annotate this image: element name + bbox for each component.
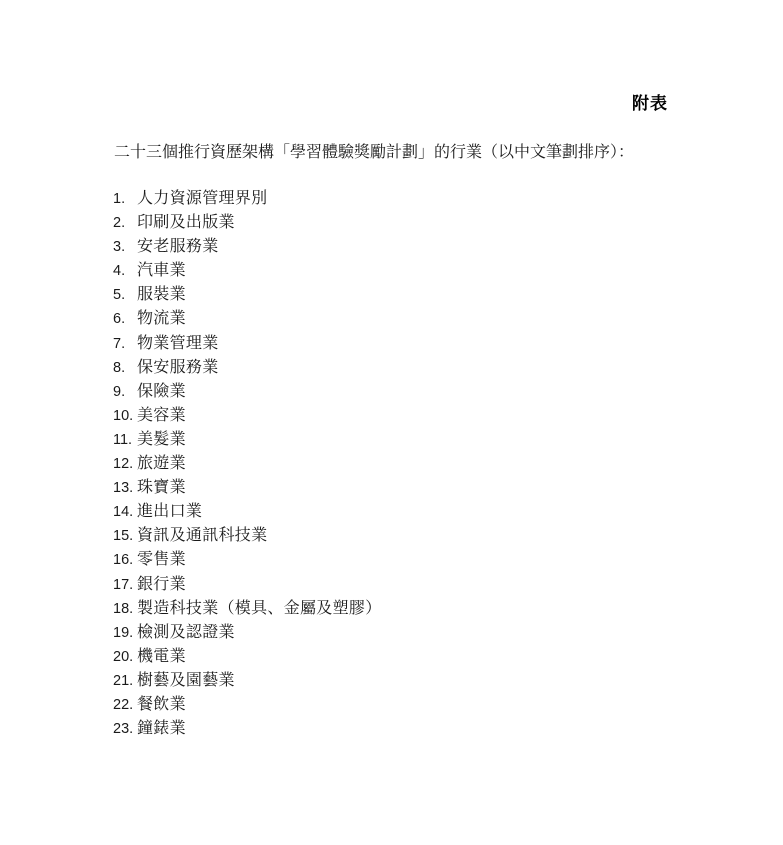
list-item-number: 7. [113,332,137,356]
list-item-number: 4. [113,259,137,283]
list-item: 13. 珠寶業 [113,476,382,500]
list-item-text: 服裝業 [137,283,186,307]
list-item: 19. 檢測及認證業 [113,621,382,645]
list-item: 6. 物流業 [113,307,382,331]
list-item-text: 保險業 [137,380,186,404]
list-item-number: 11. [113,428,137,452]
industry-list: 1. 人力資源管理界別 2. 印刷及出版業 3. 安老服務業 4. 汽車業 5.… [113,187,382,741]
list-item: 16. 零售業 [113,548,382,572]
list-item-text: 旅遊業 [137,452,186,476]
list-item: 21. 樹藝及園藝業 [113,669,382,693]
list-item-text: 人力資源管理界別 [137,187,267,211]
list-item-text: 珠寶業 [137,476,186,500]
list-item-text: 汽車業 [137,259,186,283]
list-item: 23. 鐘錶業 [113,717,382,741]
list-item: 18. 製造科技業（模具、金屬及塑膠） [113,597,382,621]
list-item: 10. 美容業 [113,404,382,428]
list-item: 5. 服裝業 [113,283,382,307]
list-item-number: 5. [113,283,137,307]
list-item-text: 物流業 [137,307,186,331]
list-item-number: 9. [113,380,137,404]
list-item: 1. 人力資源管理界別 [113,187,382,211]
list-item: 20. 機電業 [113,645,382,669]
list-item: 14. 進出口業 [113,500,382,524]
list-item-text: 保安服務業 [137,356,219,380]
list-item-text: 鐘錶業 [137,717,186,741]
list-item: 8. 保安服務業 [113,356,382,380]
list-item: 7. 物業管理業 [113,332,382,356]
list-item-text: 進出口業 [137,500,202,524]
list-item-number: 18. [113,597,137,621]
document-page: 附表 二十三個推行資歷架構「學習體驗獎勵計劃」的行業（以中文筆劃排序）： 1. … [0,0,783,845]
list-item: 17. 銀行業 [113,573,382,597]
list-item-number: 19. [113,621,137,645]
list-item: 12. 旅遊業 [113,452,382,476]
document-heading: 二十三個推行資歷架構「學習體驗獎勵計劃」的行業（以中文筆劃排序）： [114,139,634,162]
list-item-number: 20. [113,645,137,669]
list-item-text: 銀行業 [137,573,186,597]
list-item: 9. 保險業 [113,380,382,404]
list-item-text: 美容業 [137,404,186,428]
list-item-text: 印刷及出版業 [137,211,235,235]
list-item-number: 3. [113,235,137,259]
list-item-number: 6. [113,307,137,331]
list-item-number: 1. [113,187,137,211]
list-item: 22. 餐飲業 [113,693,382,717]
list-item-number: 2. [113,211,137,235]
list-item-number: 14. [113,500,137,524]
list-item-text: 製造科技業（模具、金屬及塑膠） [137,597,382,621]
list-item-number: 17. [113,573,137,597]
list-item-text: 資訊及通訊科技業 [137,524,267,548]
appendix-label: 附表 [632,89,668,114]
list-item-number: 16. [113,548,137,572]
list-item-number: 13. [113,476,137,500]
list-item-number: 8. [113,356,137,380]
list-item-number: 21. [113,669,137,693]
list-item-text: 樹藝及園藝業 [137,669,235,693]
list-item-number: 23. [113,717,137,741]
list-item-number: 12. [113,452,137,476]
list-item: 4. 汽車業 [113,259,382,283]
list-item-number: 15. [113,524,137,548]
list-item-text: 零售業 [137,548,186,572]
list-item: 15. 資訊及通訊科技業 [113,524,382,548]
list-item: 2. 印刷及出版業 [113,211,382,235]
list-item-text: 餐飲業 [137,693,186,717]
list-item-text: 美髮業 [137,428,186,452]
list-item-number: 22. [113,693,137,717]
list-item-number: 10. [113,404,137,428]
list-item-text: 檢測及認證業 [137,621,235,645]
list-item-text: 物業管理業 [137,332,219,356]
list-item: 11. 美髮業 [113,428,382,452]
list-item: 3. 安老服務業 [113,235,382,259]
list-item-text: 安老服務業 [137,235,219,259]
list-item-text: 機電業 [137,645,186,669]
